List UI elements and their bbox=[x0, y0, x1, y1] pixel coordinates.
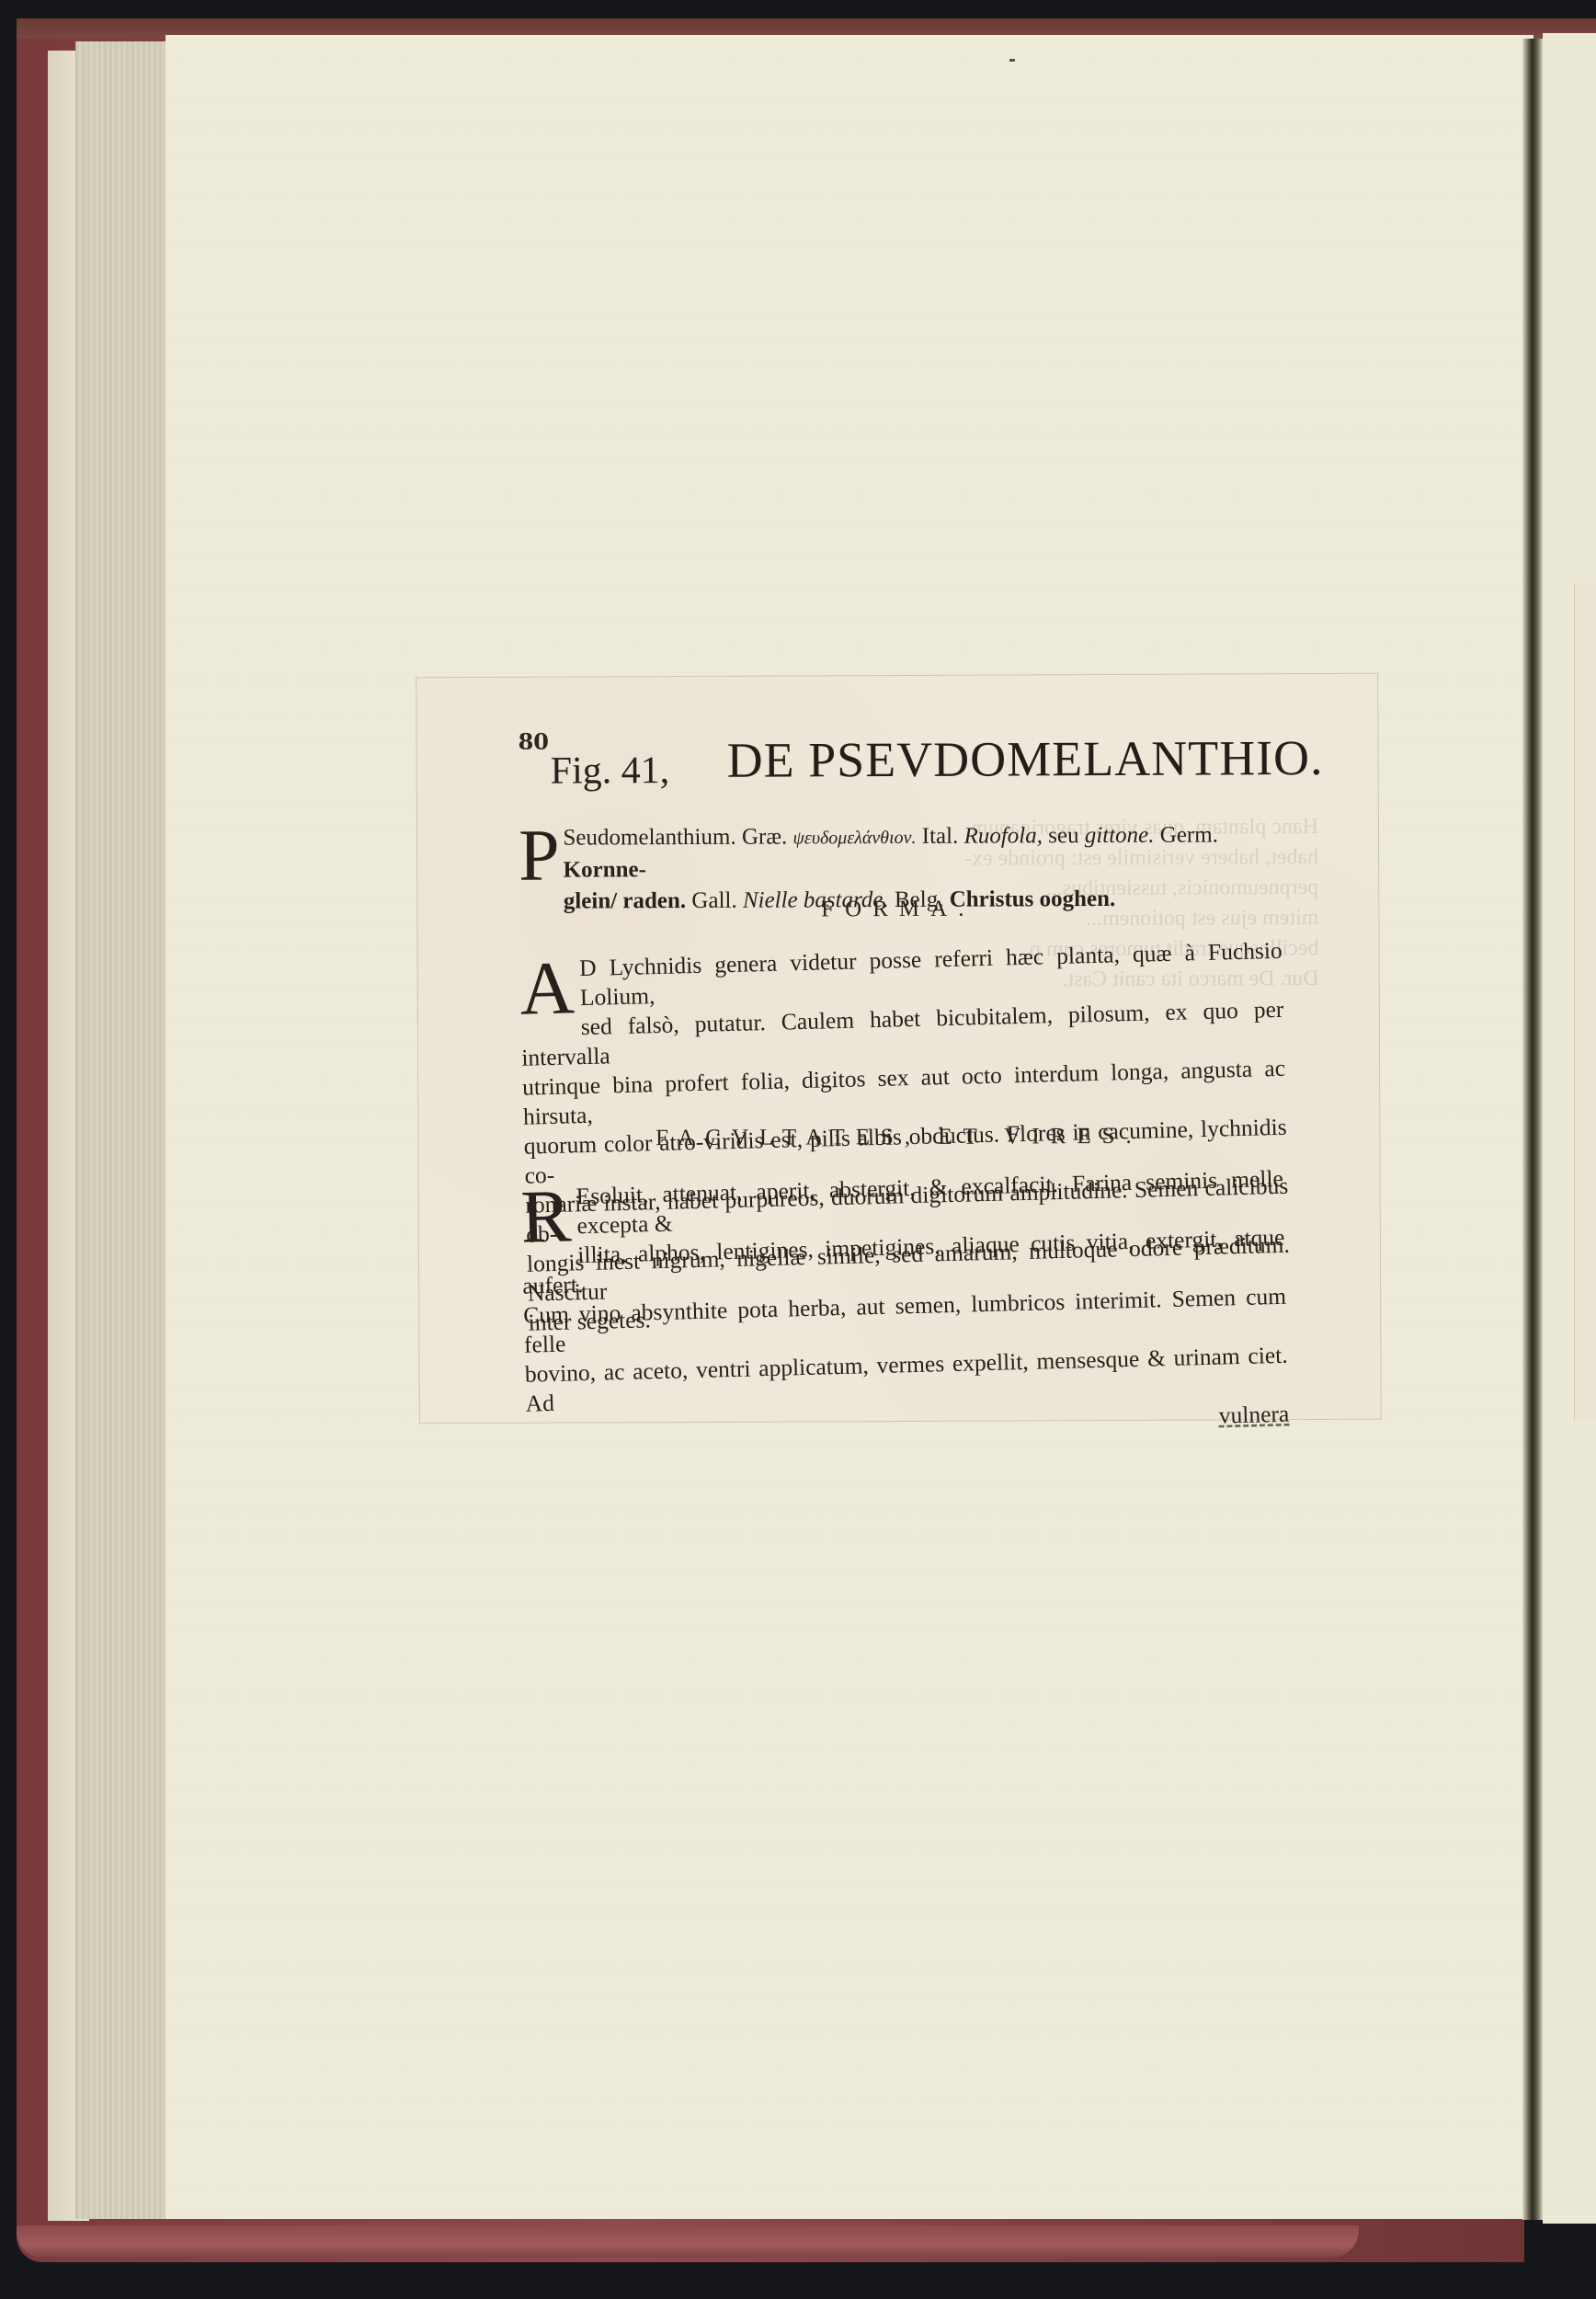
synonym-italian-2: gittone. bbox=[1085, 823, 1155, 848]
page-number: 80 bbox=[518, 728, 549, 755]
synonym-label-german: Germ. bbox=[1154, 822, 1218, 847]
synonym-connector: seu bbox=[1043, 823, 1085, 848]
synonym-german-1: Kornne- bbox=[564, 857, 646, 882]
page-title: DE PSEVDOMELANTHIO. bbox=[726, 729, 1323, 789]
synonym-label-italian: Ital. bbox=[916, 824, 963, 849]
figure-label: Fig. 41, bbox=[551, 749, 670, 794]
synonym-latin: Seudomelanthium. Græ. bbox=[563, 824, 792, 850]
pasted-printed-slip: Hanc plantam, quas vires tragoriganum ha… bbox=[416, 674, 1381, 1424]
synonym-italian-1: Ruofola, bbox=[963, 823, 1043, 848]
section-heading-forma: FORMA. bbox=[417, 895, 1378, 925]
dropcap-r: R bbox=[520, 1185, 572, 1247]
section-heading-facultates: FACVLTATES, ET VIRES. bbox=[418, 1123, 1379, 1153]
paragraph-facultates: R Esoluit, attenuat, aperit, abstergit, … bbox=[520, 1164, 1290, 1448]
book-cover-bottom-edge bbox=[17, 2225, 1359, 2258]
book-gutter bbox=[1522, 39, 1543, 2220]
dropcap-a: A bbox=[519, 957, 576, 1019]
ink-speck bbox=[1009, 59, 1015, 62]
dropcap-p: P bbox=[519, 825, 560, 887]
synonym-greek: ψευδομελάνθιον. bbox=[792, 828, 916, 849]
synonyms-line-1: Seudomelanthium. Græ. ψευδομελάνθιον. It… bbox=[519, 819, 1282, 886]
right-page-slip-edge bbox=[1574, 584, 1596, 1421]
heading-row: Fig. 41, DE PSEVDOMELANTHIO. bbox=[550, 729, 1359, 797]
page-stack-edges bbox=[75, 41, 168, 2219]
